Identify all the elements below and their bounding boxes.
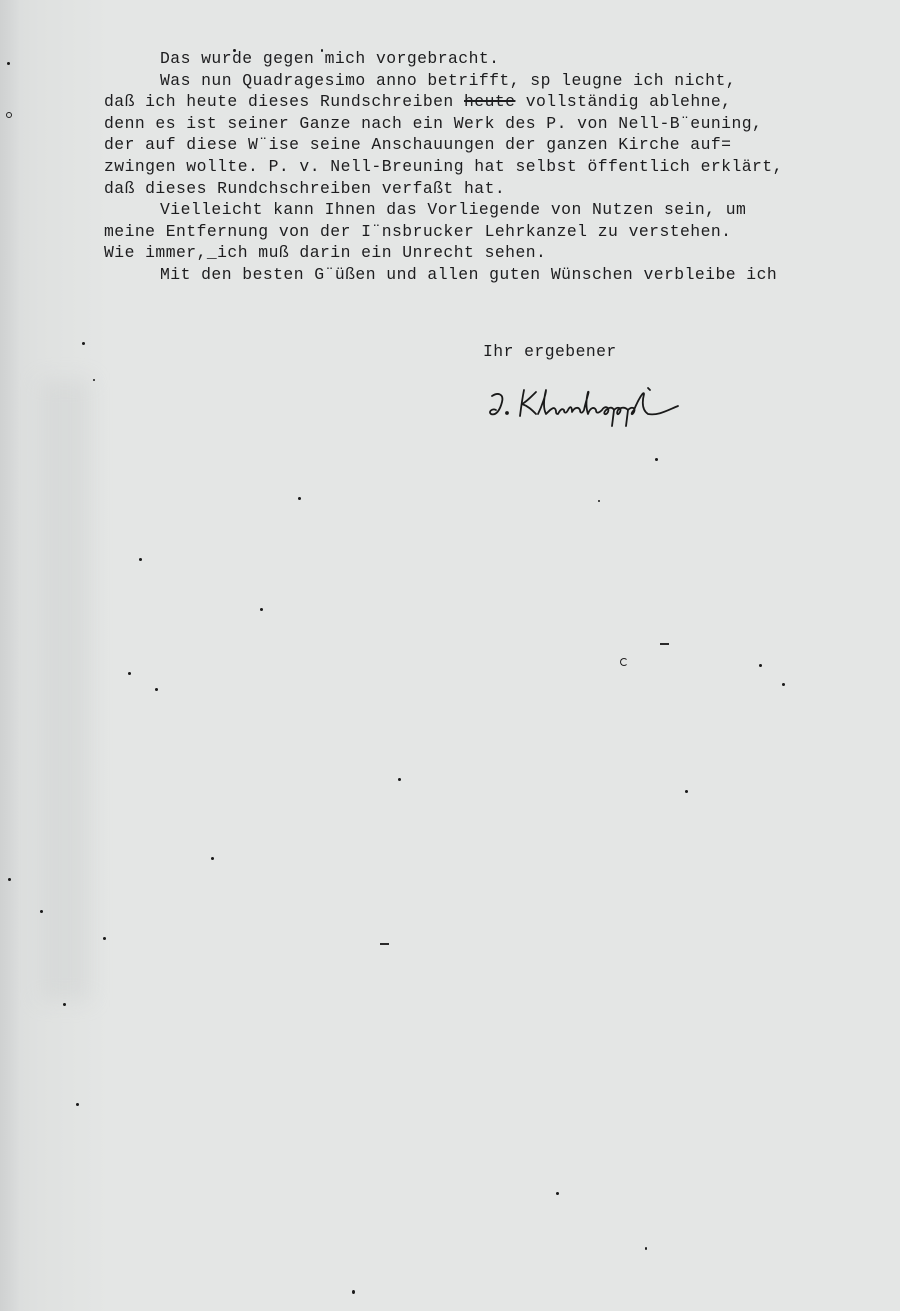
ink-speck (8, 878, 11, 881)
letter-line-5: der auf diese W¨ise seine Anschauungen d… (104, 134, 874, 156)
ink-speck (321, 49, 323, 52)
line-3-text-before: daß ich heute dieses Rundschreiben (104, 92, 464, 111)
letter-line-3: daß ich heute dieses Rundschreiben heute… (104, 91, 874, 113)
letter-line-4: denn es ist seiner Ganze nach ein Werk d… (104, 113, 874, 135)
struck-word: heute (464, 92, 515, 111)
ink-speck (7, 62, 10, 65)
ink-speck (685, 790, 688, 793)
letter-line-6: zwingen wollte. P. v. Nell-Breuning hat … (104, 156, 874, 178)
ink-speck (645, 1247, 647, 1250)
ink-speck (352, 1290, 355, 1294)
letter-line-1: Das wurde gegen mich vorgebracht. (104, 48, 874, 70)
ink-speck (103, 937, 106, 940)
letter-line-11: Mit den besten G¨üßen und allen guten Wü… (104, 264, 874, 286)
ink-speck (128, 672, 131, 675)
ink-speck (655, 458, 658, 461)
ink-speck (139, 558, 142, 561)
letter-line-10: Wie immer,_ich muß darin ein Unrecht seh… (104, 242, 874, 264)
ink-speck (82, 342, 85, 345)
letter-line-8: Vielleicht kann Ihnen das Vorliegende vo… (104, 199, 874, 221)
ink-speck (556, 1192, 559, 1195)
ink-speck (298, 497, 301, 500)
ink-speck (63, 1003, 66, 1006)
handwritten-signature (488, 380, 748, 430)
ink-speck (155, 688, 158, 691)
ink-mark (380, 943, 389, 945)
ink-speck (398, 778, 401, 781)
paper-shadow (40, 380, 90, 1000)
ink-speck (6, 112, 12, 118)
ink-speck (93, 379, 95, 381)
line-3-text-after: vollständig ablehne, (515, 92, 731, 111)
ink-speck (40, 910, 43, 913)
ink-speck (233, 49, 236, 52)
ink-speck (260, 608, 263, 611)
letter-body: Das wurde gegen mich vorgebracht. Was nu… (104, 48, 874, 286)
ink-speck (76, 1103, 79, 1106)
ink-speck (782, 683, 785, 686)
ink-mark (660, 643, 669, 645)
letter-line-2: Was nun Quadragesimo anno betrifft, sp l… (104, 70, 874, 92)
letter-line-9: meine Entfernung von der I¨nsbrucker Leh… (104, 221, 874, 243)
letter-line-7: daß dieses Rundchschreiben verfaßt hat. (104, 178, 874, 200)
closing-phrase: Ihr ergebener (483, 342, 617, 361)
ink-speck (620, 658, 628, 666)
ink-speck (211, 857, 214, 860)
ink-speck (759, 664, 762, 667)
ink-speck (598, 500, 600, 502)
